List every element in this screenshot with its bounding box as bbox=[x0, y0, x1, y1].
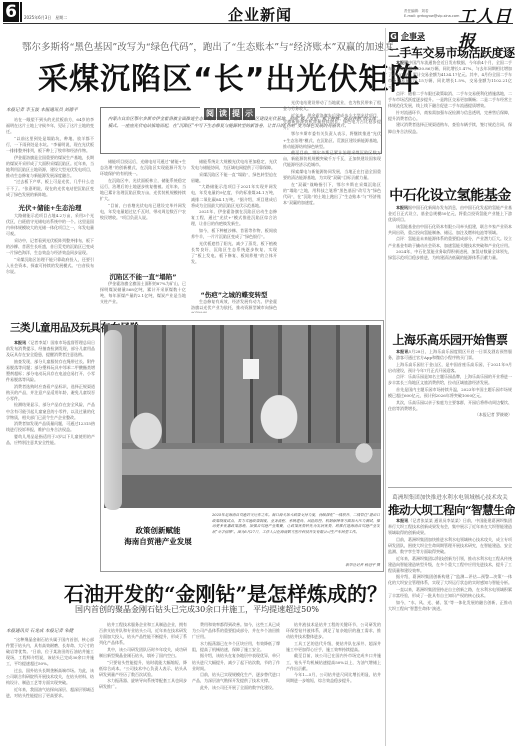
brief-headline-legoland: 上海乐高乐园开始售票 bbox=[388, 331, 512, 348]
brief-headline-used-cars: 二手车交易市场活跃度逐步提升 bbox=[388, 44, 512, 61]
paragraph: 近年来，我国油气钻探向深层、超深层领域迈进，对钻头性能提出了更高要求。 bbox=[6, 687, 94, 699]
paragraph: 本报讯据中国石化新闻办发布消息，由中国石化发起的氢能产业基金近日正式设立，基金总… bbox=[388, 205, 512, 223]
lead-column-3: 储能系统让大规模光伏电站更加稳定，光伏发电与储能协同，为区域电网提供了可靠保障。… bbox=[191, 159, 277, 279]
photo-caption-title: 政策创新赋能 海南自贸港产业发展 bbox=[108, 525, 208, 547]
brief-dateline: 本报讯 bbox=[396, 518, 408, 523]
diamond-column-2: 钻井工程技术服务企业和工具制造企业，拥有百余支钻井队和专业钻头公司，近年来在技术… bbox=[99, 622, 187, 747]
diamond-subtitle: 国内首创的聚晶金刚石钻头已完成30余口井施工，平均提速超过50% bbox=[75, 604, 319, 615]
paragraph: 2024年，中石化氢能业务取得积极进展，加氢站数量全球领先，绿氢示范项目稳步推进… bbox=[388, 249, 512, 261]
paragraph: 2021年，伊金霍洛旗在沉陷区启动生态修复工程，通过“光伏+”模式推进沉陷区综合… bbox=[191, 209, 277, 227]
paragraph: 截至目前，该公司已在国内外市场完成多口井施工，钻头平均机械钻速提高50%以上，为… bbox=[286, 653, 381, 671]
paragraph: 其中，该公司研发团队历时多年攻关，成功研制出新型聚晶金刚石钻头，填补了国内空白。 bbox=[99, 647, 187, 659]
corporate-briefs-tag: G 企事录 bbox=[389, 31, 425, 42]
lead-subhead-3: “伤疤”之城的蝶变转型 bbox=[191, 290, 277, 299]
brief-body-gezhouba: 本报讯（记者张某某 通讯员李某某）日前，中国能建葛洲坝集团举行大坝工程技术创新成… bbox=[388, 518, 512, 747]
lead-column-1: 站在一眼望不到头的光伏板前方，64岁的李福明在这片土地上守候多年，见证了这片土地… bbox=[6, 117, 94, 201]
paragraph: 生态修复有成效，经济发展有动力。伊金霍洛旗以光伏产业为依托，推动资源型城市向绿色… bbox=[191, 299, 277, 313]
column-divider bbox=[385, 28, 386, 746]
paragraph: 一直以来，葛洲坝集团坚持走自主创新之路，在水利水电领域积累了丰富经验，形成了一批… bbox=[388, 587, 512, 599]
paragraph: 目前，葛洲坝集团加快推进水利水电领域核心技术攻关，成立专项研发团队，围绕大坝全生… bbox=[388, 537, 512, 555]
paragraph: 点评：随着二手车限迁政策取消、二手车交易便利化措施落地，二手车市场活跃度逐步提升… bbox=[388, 91, 512, 109]
brief-dateline: 本报讯 bbox=[396, 349, 408, 354]
paragraph: 钻井液技术是钻井工程的关键环节，公司研发的环保型钻井液体系，满足了复杂地层的施工… bbox=[286, 622, 381, 640]
paragraph: 该氢能基金由中国石化资本有限公司牵头组建，联合多家产业资本共同出资，重点投向氢能… bbox=[388, 224, 512, 236]
lead-kicker: 鄂尔多斯将“黑色基因”改写为“绿色代码”，跑出了“生态账本”与“经济账本”双赢的… bbox=[22, 39, 382, 53]
paragraph: 伊金霍洛旗是全国重要的煤炭生产基地，长期的煤炭开采形成了大面积采煤沉陷区。近年来… bbox=[6, 155, 94, 179]
masthead-divider bbox=[3, 23, 513, 24]
paragraph: 探索煤电与新能源协同发展，当地正在打造全国重要的清洁能源基地，为实现“双碳”目标… bbox=[283, 169, 381, 181]
paragraph: 过去，国外钻头长期垄断高端市场。为此，该公司联合科研院所开展技术攻关，在钻头材料… bbox=[6, 668, 94, 686]
issue-date: 2025年6月3日 星期二 bbox=[24, 15, 67, 21]
paragraph: “以前这里到处是塌陷坑，种地、放羊都不行，一下雨到处是水坑。”李福明说，现在光伏… bbox=[6, 136, 94, 154]
photo-caption-title-line: 海南自贸港产业发展 bbox=[108, 536, 208, 547]
paragraph: 费用和效率都得到改善。如今，这些工具已成为公司产品体系的重要组成部分，并在多个油… bbox=[192, 622, 280, 640]
news-photo-factory-workers bbox=[104, 325, 381, 508]
diamond-column-4: 钻井液技术是钻井工程的关键环节，公司研发的环保型钻井液体系，满足了复杂地层的施工… bbox=[286, 622, 381, 747]
paragraph: 首先是国内主题乐园市场持续升温，2023年中国主题乐园市场规模已超过600亿元，… bbox=[388, 387, 512, 399]
paragraph: 其次，乐高乐园以亲子家庭为主要客群，开园后将带动周边餐饮、住宿等消费增长。 bbox=[388, 400, 512, 412]
paragraph: 在“双碳”战略指引下，鄂尔多斯在采煤沉陷区的“塌陷”之地，用科技之笔将“黑色基因… bbox=[283, 182, 381, 206]
paragraph: “过去板下产草，板上可是光伏，几乎什么也干不了。”张嘉明说，现在的光伏电站把沉陷… bbox=[6, 179, 94, 197]
paragraph: 大路储能示范项目占地4.2万亩，采用3个光伏区，白班值守光储电站系统中的一个。这… bbox=[6, 213, 94, 237]
paragraph: （本报记者 罗筱晓） bbox=[388, 412, 512, 418]
paragraph: 光伏板遮挡了阳光、减少了蒸发，板下植被长势良好，沉陷区生态系统逐步恢复，实现了“… bbox=[191, 241, 277, 265]
photo-detail bbox=[104, 330, 122, 510]
brief-body-sinopec-hydrogen: 本报讯据中国石化新闻办发布消息，由中国石化发起的氢能产业基金近日正式设立，基金总… bbox=[388, 205, 512, 297]
section-title: 企业新闻 bbox=[228, 4, 292, 25]
lead-column-1b: 大路储能示范项目占地4.2万亩，采用3个光伏区，白班值守光储电站系统中的一个。这… bbox=[6, 213, 94, 301]
lead-subhead-1: 光伏+储能+生态治理 bbox=[6, 203, 94, 212]
paragraph: 婴幼儿用品是指适用于3岁以下儿童使用的产品，应特别注意其安全性能。 bbox=[6, 434, 95, 446]
paragraph: 近年来，葛洲坝集团以科技创新为引领，推动水利水电工程从传统建造向智能建造转型升级… bbox=[388, 556, 512, 574]
paragraph: 如今，“水、风、光、储、氢”等一体化发展的融合创新，正推动大坝工程向“智慧生命体… bbox=[388, 600, 512, 612]
paragraph: 抽查发现，部分儿童服装存在绳带过长、附件易脱落等问题；部分塑料玩具中邻苯二甲酸酯… bbox=[6, 359, 95, 383]
paragraph: 本报讯（记者张某某 通讯员李某某）日前，中国能建葛洲坝集团举行大坝工程技术创新成… bbox=[388, 518, 512, 536]
photo-detail bbox=[243, 359, 259, 379]
paragraph: 工具工艺的迭代升级，使钻井队在深井、超深井施工中更加得心应手，施工效率持续提高。 bbox=[286, 641, 381, 653]
paragraph: 今年1—5月，公司钻井进尺同比增长明显，钻井周期进一步缩短，综合效益稳步提升。 bbox=[286, 672, 381, 684]
paragraph: 据介绍，该钻头在复杂地层中表现优异，单只钻头进尺大幅提升，减少了起下钻次数，节约… bbox=[192, 653, 280, 671]
paragraph: “这种聚晶金刚石钻头属于国内首创，核心部件置于钻头内，具有高效耐磨、长寿命、大尺… bbox=[6, 637, 94, 667]
brief-body-used-cars: 本报讯中国汽车流通协会近日发布数据，今年前4个月，全国二手车累计交易量为630.… bbox=[388, 60, 512, 180]
lead-column-2b: 伊金霍洛旗全旗国土面积的87%为矿山，已探明煤炭储量568亿吨，累计开采原煤数十… bbox=[100, 281, 186, 307]
lead-byline: 本报记者 李玉波 本报通讯员 刘德平 bbox=[6, 107, 78, 113]
paragraph: 钻井工程技术服务企业和工具制造企业，拥有百余支钻井队和专业钻头公司，近年来在技术… bbox=[99, 622, 187, 646]
brief-dateline: 本报讯 bbox=[396, 60, 408, 65]
paragraph: 近年来，伊金霍洛旗先后建成多个大型光伏项目，全旗新能源装机容量持续增长，绿色电力… bbox=[283, 113, 381, 131]
paragraph: 针对流通环节，商家需加强车况检测与信息透明，完善售后保障，提升消费者信心。 bbox=[388, 110, 512, 122]
toys-headline: 三类儿童用品及玩具存在风险 bbox=[10, 320, 95, 335]
paragraph: 本报讯5月28日，上海乐高乐园度假区开启一日票及酒店预售服务，游客可通过官方Ap… bbox=[388, 349, 512, 361]
paragraph: 采煤沉陷区不能一直“塌陷”，绿色转型迫在眉睫。 bbox=[191, 172, 277, 184]
paragraph: 本报讯（记者李某）国家市场监督管理总局日前发布消费提示，经抽查检测发现，部分儿童… bbox=[6, 340, 95, 358]
paragraph: 点评：氢能是未来能源体系的重要组成部分，产业潜力巨大。设立产业基金有助于撬动社会… bbox=[388, 236, 512, 248]
paragraph: 目前，钻头已实现规模化生产，逐步替代进口产品，为深层油气勘探开发提供了技术支撑。 bbox=[192, 672, 280, 684]
paragraph: 点评：乐高乐园是知名主题乐园品牌，上海乐高乐园的开业将进一步丰富长三角地区文旅消… bbox=[388, 374, 512, 386]
editor-email: E-mail: grrbqyxw@vip.sina.com bbox=[404, 14, 459, 19]
lead-column-4: 光伏电站建设带动了当地就业，也为牧民带来了租金与劳务收入。 近年来，伊金霍洛旗先… bbox=[283, 100, 381, 312]
editor-info: 责任编辑：刘若 E-mail: grrbqyxw@vip.sina.com bbox=[404, 9, 459, 18]
paragraph: 在沉陷区中，光伏面板林立，储能系统稳定运行，治理后的土地逐步恢复植被。近年来，当… bbox=[100, 178, 186, 202]
paragraph: 站在一眼望不到头的光伏板前方，64岁的李福明在这片土地上守候多年，见证了这片土地… bbox=[6, 117, 94, 135]
page-number-bar bbox=[20, 2, 22, 22]
brief-kicker-gezhouba: 葛洲坝集团加快推进水利水电领域核心技术攻关 bbox=[388, 493, 512, 501]
toys-body: 本报讯（记者李某）国家市场监督管理总局日前发布消费提示，经抽查检测发现，部分儿童… bbox=[6, 340, 95, 568]
paragraph: “采煤沉陷区治理不能只靠政府投入，还要引入社会资本，探索可持续的发展模式。”白音… bbox=[6, 257, 94, 275]
paragraph: 消费者如发现产品质量问题，可通过12315热线进行投诉举报，维护自身合法权益。 bbox=[6, 421, 95, 433]
diamond-column-1: “这种聚晶金刚石钻头属于国内首创，核心部件置于钻头内，具有高效耐磨、长寿命、大尺… bbox=[6, 637, 94, 747]
paragraph: 消费者选购时应查看产品标识，选择正规渠道购买的产品，并注意产品适用年龄，避免儿童… bbox=[6, 384, 95, 402]
paragraph: 检测结果显示，部分产品存在安全风险，产品中含有可能引起儿童窒息的小零件，以及过量… bbox=[6, 402, 95, 420]
paragraph: 伊金霍洛旗全旗国土面积的87%为矿山，已探明煤炭储量568亿吨，累计开采原煤数十… bbox=[100, 281, 186, 305]
paragraph: “目前，白音塘光伏电站已建设完毕并网发电，年发电量超过亿千瓦时，带动周边数百户农… bbox=[100, 203, 186, 221]
page-number: 6 bbox=[3, 2, 19, 22]
lead-column-2: 储能项目投运后，光储电站可通过“储能+生态治理”的创新模式，在沉陷区实现能源开发… bbox=[100, 159, 186, 270]
photo-credit: 新华社记者 杨冠宇 摄 bbox=[300, 563, 380, 568]
lead-column-3b: 生态修复有成效，经济发展有动力。伊金霍洛旗以光伏产业为依托，推动资源型城市向绿色… bbox=[191, 299, 277, 313]
paragraph: 光伏电站建设带动了当地就业，也为牧民带来了租金与劳务收入。 bbox=[283, 100, 381, 112]
paragraph: 本报讯中国汽车流通协会近日发布数据，今年前4个月，全国二手车累计交易量为630.… bbox=[388, 60, 512, 90]
corporate-briefs-label: 企事录 bbox=[401, 31, 425, 42]
paragraph: 鄂尔多斯市委有关负责人表示，将继续推进“光伏+生态治理”模式，在沉陷区、荒漠区建… bbox=[283, 131, 381, 149]
paragraph: 建议消费者选择正规渠道购车，查验车辆手续，签订规范合同，保障自身合法权益。 bbox=[388, 122, 512, 134]
paragraph: 截至目前，鄂尔多斯已累计治理采煤沉陷区数万亩，新能源装机规模突破千万千瓦，正加快… bbox=[283, 150, 381, 168]
paragraph: 储能项目投运后，光储电站可通过“储能+生态治理”的创新模式，在沉陷区实现能源开发… bbox=[100, 159, 186, 177]
brief-body-legoland: 本报讯5月28日，上海乐高乐园度假区开启一日票及酒店预售服务，游客可通过官方Ap… bbox=[388, 349, 512, 484]
diamond-byline: 本报通讯员 石龙成 本报记者 朱健 bbox=[6, 628, 73, 634]
paragraph: 采访中，记者看到光伏板阵列整齐排布，板下的沙柳、苜蓿生长旺盛，昔日荒芜的沉陷区已… bbox=[6, 238, 94, 256]
brief-headline-sinopec-hydrogen: 中石化设立氢能基金 bbox=[388, 185, 512, 205]
paragraph: 如今，板下种植沙棘、苜蓿等作物，板间放养牛羊，一片片沉陷区变成了“绿色银行”。 bbox=[191, 228, 277, 240]
brief-divider bbox=[388, 487, 512, 488]
toys-dateline: 本报讯 bbox=[14, 340, 26, 345]
diamond-column-3: 费用和效率都得到改善。如今，这些工具已成为公司产品体系的重要组成部分，并在多个油… bbox=[192, 622, 280, 747]
paragraph: 水力振荡器、旋转导向系统等配套工具也同步研发推广。 bbox=[99, 678, 187, 690]
paragraph: “只要钻头性能提升，钻时就能大幅缩短，降低综合成本。”公司技术中心负责人表示，钻… bbox=[99, 660, 187, 678]
photo-caption-title-line: 政策创新赋能 bbox=[108, 525, 208, 536]
paragraph: 储能系统让大规模光伏电站更加稳定，光伏发电与储能协同，为区域电网提供了可靠保障。 bbox=[191, 159, 277, 171]
g-section-icon: G bbox=[389, 32, 398, 42]
paragraph: 此外，该公司还开展了全面的数字化建设。 bbox=[192, 685, 280, 691]
lead-headline: 采煤沉陷区“长”出光伏矩阵 bbox=[38, 54, 420, 98]
photo-caption: 2025年是海南自贸港封关运作之年。海口海关加大政策支持力度，持续深化“一线放开… bbox=[212, 513, 380, 535]
paragraph: 上海乐高乐园位于金山区，是中国首座乐高乐园，于2021年9月启动建设，预计今年7… bbox=[388, 362, 512, 374]
brief-headline-gezhouba: 推动大坝工程向“智慧生命体”演进 bbox=[388, 502, 512, 518]
paragraph: 水力振荡器已在多个区块应用，有效降低了摩阻，提高了机械钻速，保障了施工安全。 bbox=[192, 641, 280, 653]
paragraph: “大路储能示范项目于2021年实现并网发电，年发电量约9亿度，节约标准煤34.1… bbox=[191, 184, 277, 208]
lead-subhead-2: 沉陷区不能一直“塌陷” bbox=[100, 272, 186, 281]
paragraph: 据介绍，葛洲坝集团创新构建了“监测—评估—预警—决策”一体化的大坝安全管理体系，… bbox=[388, 574, 512, 586]
diamond-headline: 石油开发的“金刚钻”是怎样炼成的？ bbox=[64, 578, 387, 607]
brief-dateline: 本报讯 bbox=[396, 205, 408, 210]
